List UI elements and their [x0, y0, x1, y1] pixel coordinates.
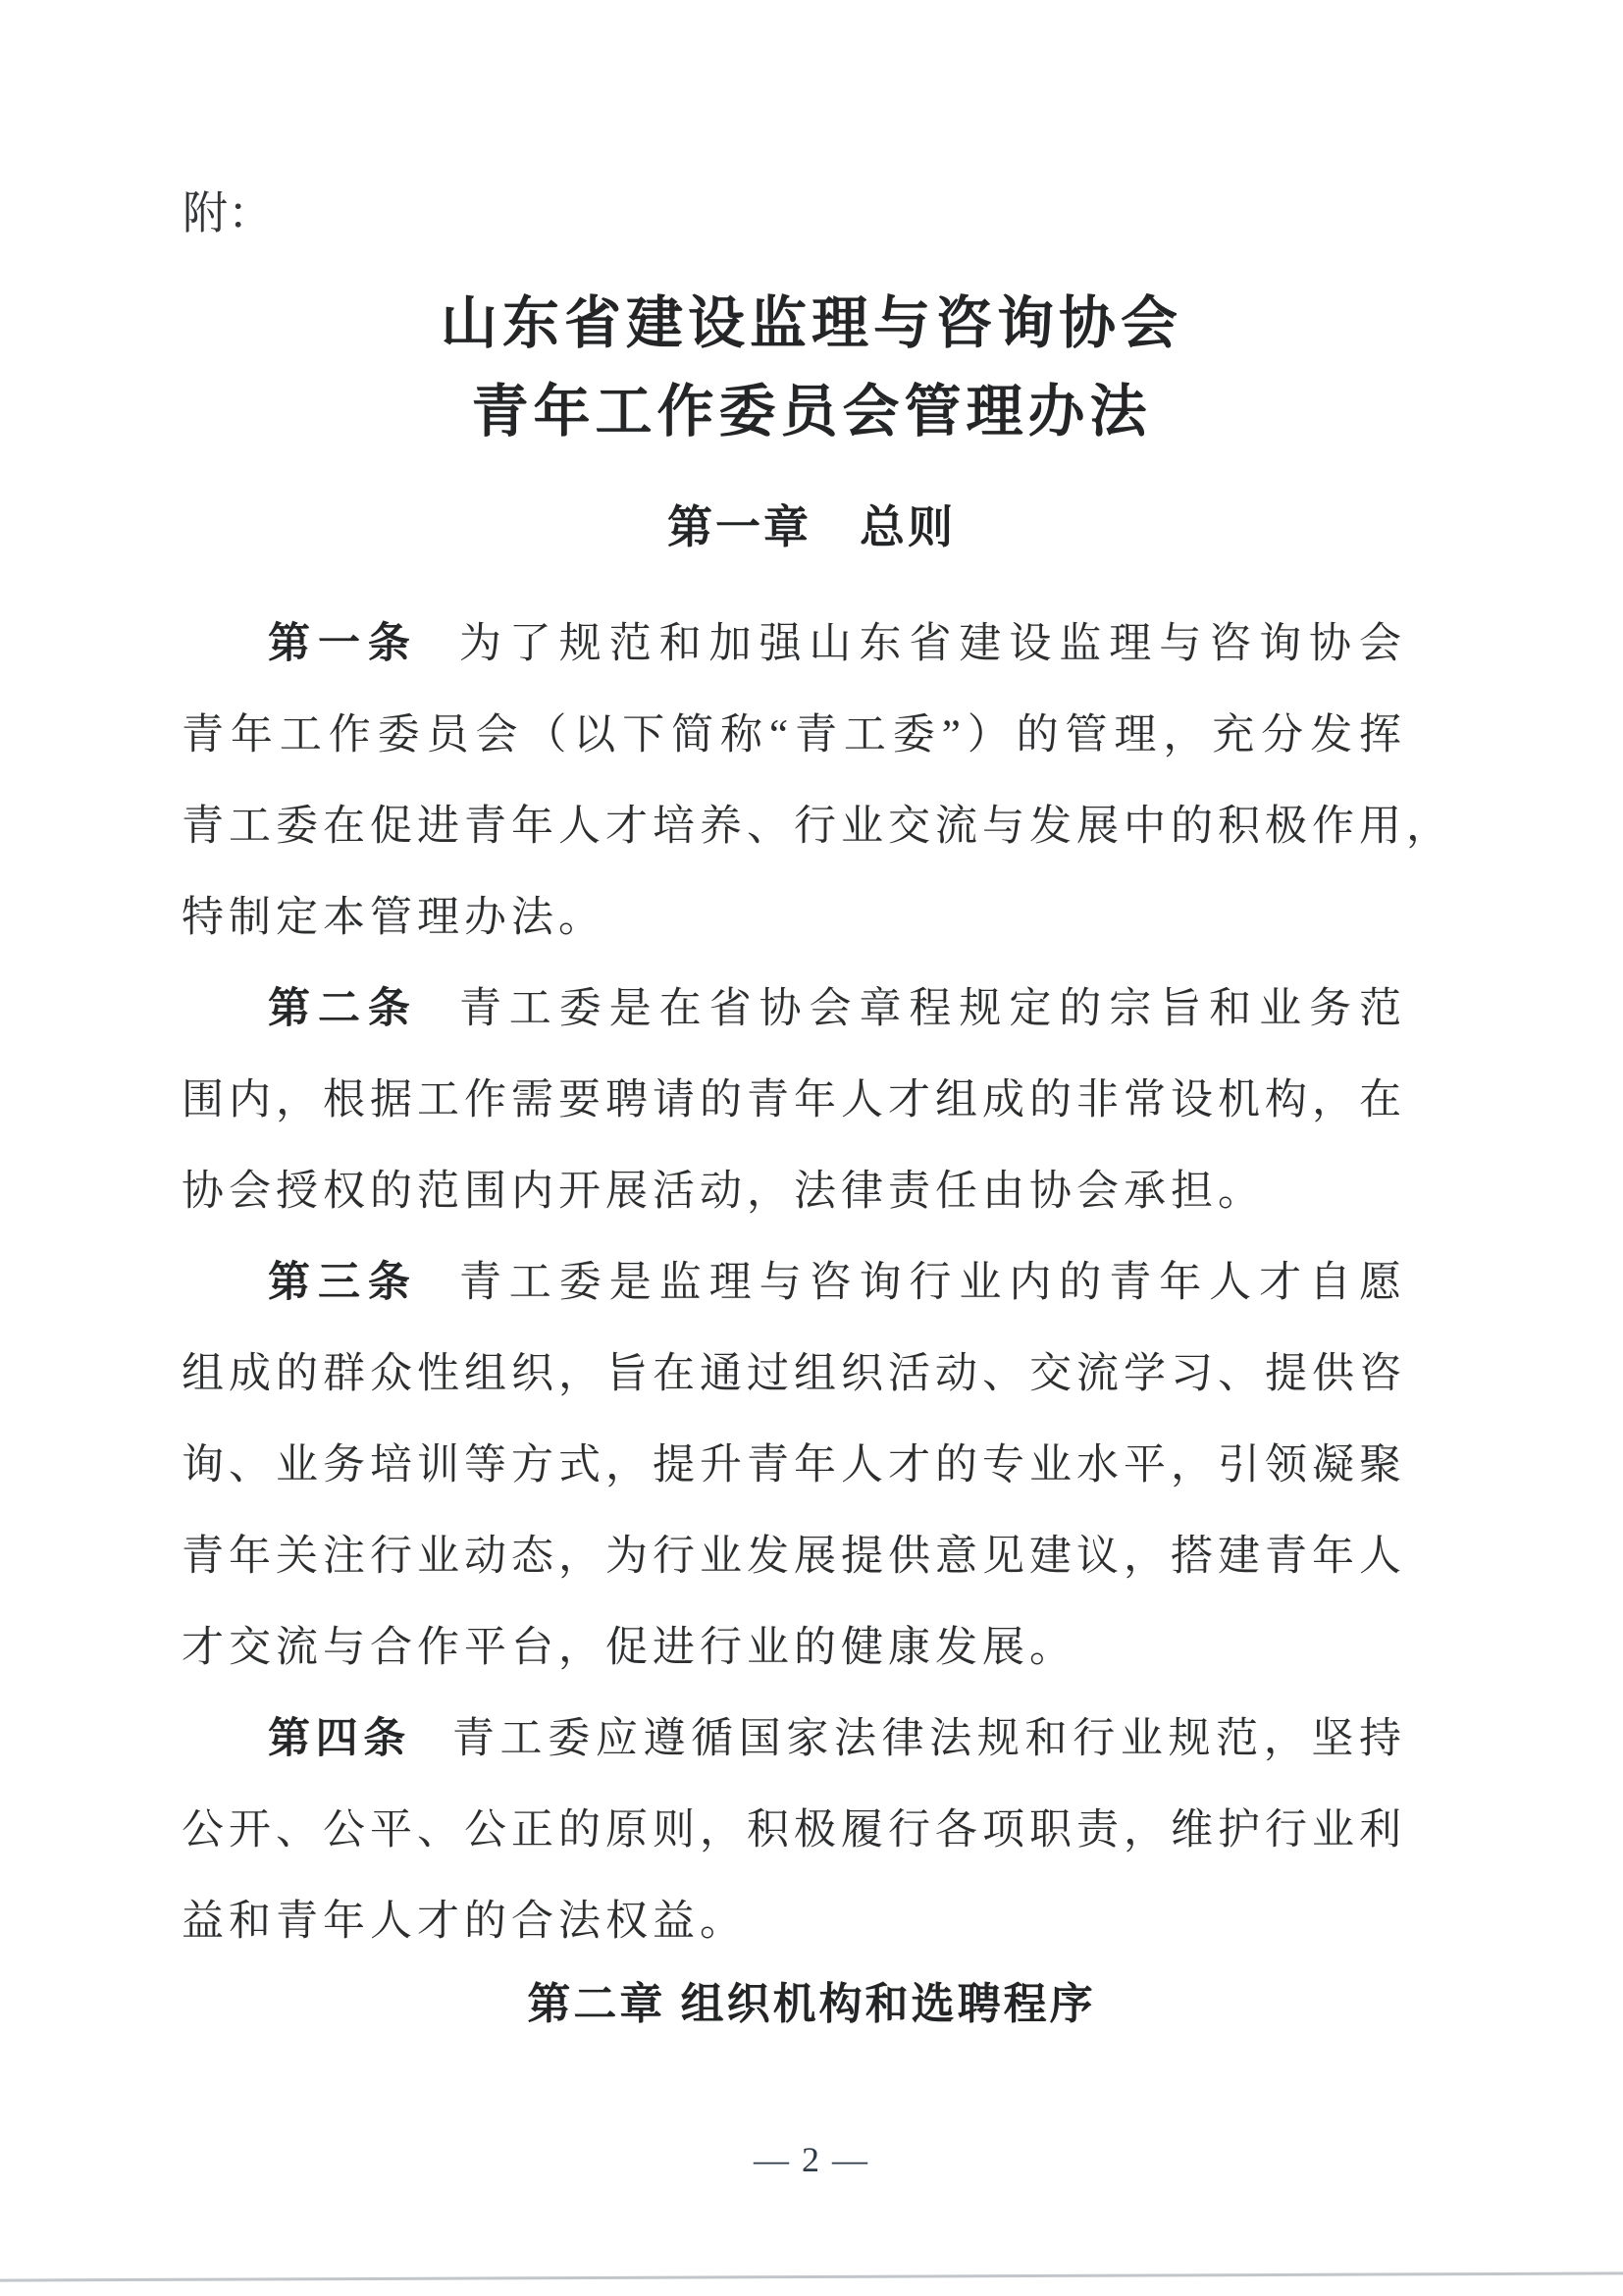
- article-1-number: 第一条: [268, 621, 418, 667]
- article-1-line-3: 青工委在促进青年人才培养、行业交流与发展中的积极作用，: [182, 781, 1406, 872]
- page-number: — 2 —: [0, 2135, 1623, 2184]
- article-4-text-3: 益和青年人才的合法权益。: [182, 1899, 747, 1945]
- document-title-line-2: 青年工作委员会管理办法: [0, 368, 1623, 456]
- article-3-text-4: 青年关注行业动态，为行业发展提供意见建议，搭建青年人: [182, 1534, 1406, 1580]
- article-3-text-3: 询、业务培训等方式，提升青年人才的专业水平，引领凝聚: [182, 1442, 1406, 1488]
- scan-artifact-line: [0, 2271, 1623, 2281]
- article-1-line-4: 特制定本管理办法。: [182, 872, 1406, 964]
- article-4-line-3: 益和青年人才的合法权益。: [182, 1876, 1406, 1967]
- article-4-text-2: 公开、公平、公正的原则，积极履行各项职责，维护行业利: [182, 1807, 1406, 1853]
- chapter-2-heading: 第二章 组织机构和选聘程序: [0, 1970, 1623, 2039]
- article-3-text-2: 组成的群众性组织，旨在通过组织活动、交流学习、提供咨: [182, 1351, 1406, 1397]
- article-1-text-3: 青工委在促进青年人才培养、行业交流与发展中的积极作用，: [182, 804, 1453, 850]
- article-2-text-2: 围内，根据工作需要聘请的青年人才组成的非常设机构，在: [182, 1077, 1406, 1123]
- scanned-document-page: 附： 山东省建设监理与咨询协会 青年工作委员会管理办法 第一章 总则 第一条为了…: [0, 0, 1623, 2296]
- article-4-text-1: 青工委应遵循国家法律法规和行业规范，坚持: [452, 1716, 1406, 1762]
- article-2-line-3: 协会授权的范围内开展活动，法律责任由协会承担。: [182, 1146, 1406, 1237]
- article-1-text-1: 为了规范和加强山东省建设监理与咨询协会: [459, 621, 1406, 667]
- article-3: 第三条青工委是监理与咨询行业内的青年人才自愿 组成的群众性组织，旨在通过组织活动…: [182, 1237, 1406, 1694]
- article-1-line-1: 第一条为了规范和加强山东省建设监理与咨询协会: [182, 599, 1406, 690]
- document-body: 第一条为了规范和加强山东省建设监理与咨询协会 青年工作委员会（以下简称“青工委”…: [182, 599, 1406, 1967]
- article-3-line-5: 才交流与合作平台，促进行业的健康发展。: [182, 1602, 1406, 1694]
- article-3-text-1: 青工委是监理与咨询行业内的青年人才自愿: [459, 1260, 1406, 1306]
- article-2-number: 第二条: [268, 986, 418, 1032]
- article-2: 第二条青工委是在省协会章程规定的宗旨和业务范 围内，根据工作需要聘请的青年人才组…: [182, 964, 1406, 1237]
- article-1-text-2: 青年工作委员会（以下简称“青工委”）的管理，充分发挥: [182, 712, 1406, 758]
- article-4-number: 第四条: [268, 1716, 411, 1762]
- article-1-text-4: 特制定本管理办法。: [182, 895, 605, 941]
- article-4-line-1: 第四条青工委应遵循国家法律法规和行业规范，坚持: [182, 1694, 1406, 1785]
- article-3-line-1: 第三条青工委是监理与咨询行业内的青年人才自愿: [182, 1237, 1406, 1329]
- article-3-line-4: 青年关注行业动态，为行业发展提供意见建议，搭建青年人: [182, 1511, 1406, 1602]
- article-4-line-2: 公开、公平、公正的原则，积极履行各项职责，维护行业利: [182, 1785, 1406, 1876]
- article-2-line-1: 第二条青工委是在省协会章程规定的宗旨和业务范: [182, 964, 1406, 1055]
- article-2-text-1: 青工委是在省协会章程规定的宗旨和业务范: [459, 986, 1406, 1032]
- document-title-line-1: 山东省建设监理与咨询协会: [0, 280, 1623, 368]
- attachment-label: 附：: [183, 184, 273, 243]
- article-3-line-3: 询、业务培训等方式，提升青年人才的专业水平，引领凝聚: [182, 1420, 1406, 1511]
- article-1-line-2: 青年工作委员会（以下简称“青工委”）的管理，充分发挥: [182, 690, 1406, 781]
- article-2-line-2: 围内，根据工作需要聘请的青年人才组成的非常设机构，在: [182, 1055, 1406, 1146]
- chapter-1-heading: 第一章 总则: [0, 493, 1623, 561]
- article-3-number: 第三条: [268, 1260, 418, 1306]
- article-4: 第四条青工委应遵循国家法律法规和行业规范，坚持 公开、公平、公正的原则，积极履行…: [182, 1694, 1406, 1967]
- article-3-line-2: 组成的群众性组织，旨在通过组织活动、交流学习、提供咨: [182, 1329, 1406, 1420]
- article-2-text-3: 协会授权的范围内开展活动，法律责任由协会承担。: [182, 1169, 1265, 1215]
- article-3-text-5: 才交流与合作平台，促进行业的健康发展。: [182, 1625, 1076, 1671]
- article-1: 第一条为了规范和加强山东省建设监理与咨询协会 青年工作委员会（以下简称“青工委”…: [182, 599, 1406, 964]
- document-title: 山东省建设监理与咨询协会 青年工作委员会管理办法: [0, 280, 1623, 456]
